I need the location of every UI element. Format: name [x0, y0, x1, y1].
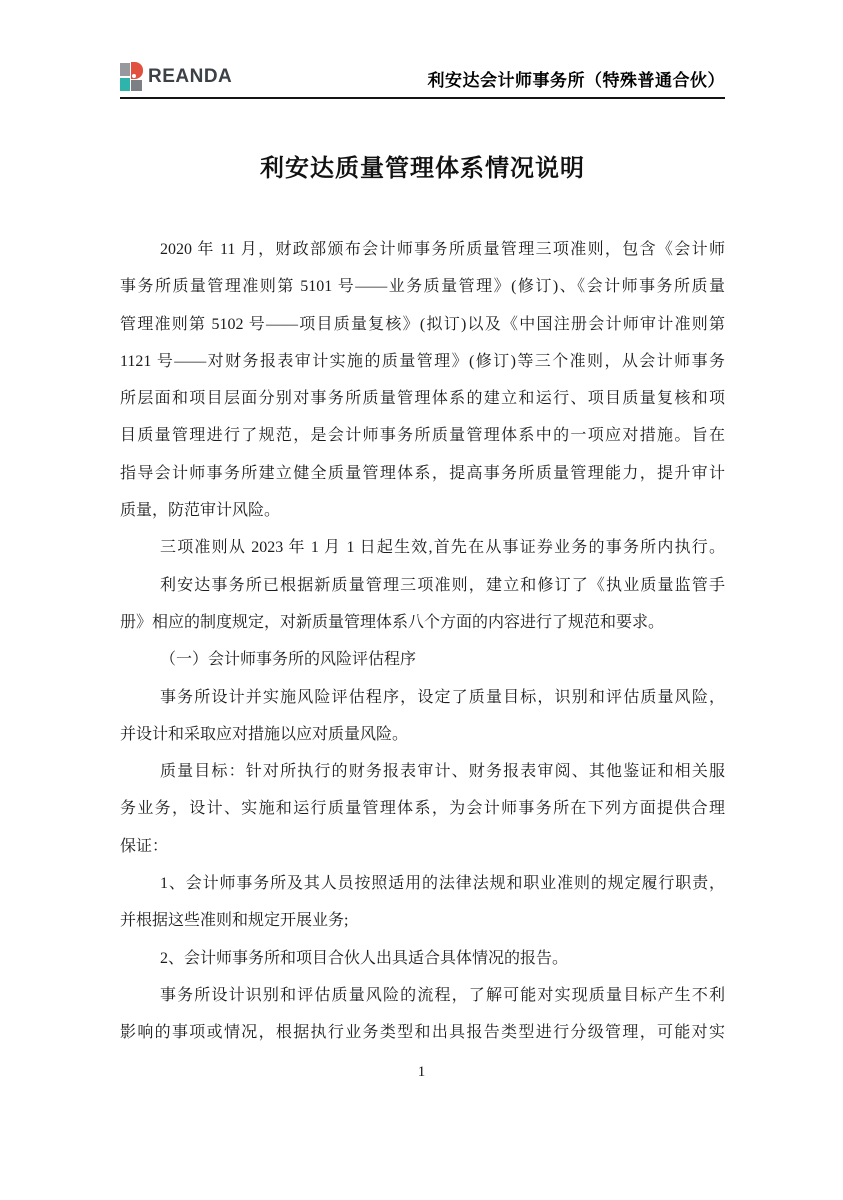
firm-name: 利安达会计师事务所（特殊普通合伙） [428, 66, 726, 91]
reanda-logo: REANDA [120, 62, 232, 91]
body-text-line: 质量，防范审计风险。 [120, 492, 725, 529]
logo-block-gray [120, 63, 130, 76]
body-text-line: 1121 号——对财务报表审计实施的质量管理》(修订)等三个准则，从会计师事务 [120, 343, 725, 380]
body-text-line: 务业务，设计、实施和运行质量管理体系，为会计师事务所在下列方面提供合理 [120, 790, 725, 827]
logo-wordmark: REANDA [148, 66, 232, 88]
page-header: REANDA 利安达会计师事务所（特殊普通合伙） [120, 0, 725, 99]
logo-white-dot [132, 74, 136, 78]
body-text-line: 保证： [120, 828, 725, 865]
body-text-line: 事务所设计识别和评估质量风险的流程，了解可能对实现质量目标产生不利 [120, 977, 725, 1014]
logo-block-dark-gray [131, 80, 142, 91]
body-text-line: 目质量管理进行了规范，是会计师事务所质量管理体系中的一项应对措施。旨在 [120, 417, 725, 454]
body-text-line: 事务所设计并实施风险评估程序，设定了质量目标，识别和评估质量风险， [120, 679, 725, 716]
page-number: 1 [418, 1064, 426, 1080]
body-text-line: 并根据这些准则和规定开展业务; [120, 902, 725, 939]
body-text-line: 所层面和项目层面分别对事务所质量管理体系的建立和运行、项目质量复核和项 [120, 380, 725, 417]
body-text-line: 册》相应的制度规定，对新质量管理体系八个方面的内容进行了规范和要求。 [120, 604, 725, 641]
body-text-line: 利安达事务所已根据新质量管理三项准则，建立和修订了《执业质量监管手 [120, 567, 725, 604]
body-text-line: 影响的事项或情况，根据执行业务类型和出具报告类型进行分级管理，可能对实 [120, 1014, 725, 1051]
body-text-line: 管理准则第 5102 号——项目质量复核》(拟订)以及《中国注册会计师审计准则第 [120, 306, 725, 343]
body-text-line: 三项准则从 2023 年 1 月 1 日起生效,首先在从事证券业务的事务所内执行… [120, 529, 725, 566]
body-text-line: 指导会计师事务所建立健全质量管理体系，提高事务所质量管理能力，提升审计 [120, 455, 725, 492]
body-text-line: 质量目标：针对所执行的财务报表审计、财务报表审阅、其他鉴证和相关服 [120, 753, 725, 790]
page-footer: 1 [0, 1064, 843, 1081]
body-text-line: 1、会计师事务所及其人员按照适用的法律法规和职业准则的规定履行职责， [120, 865, 725, 902]
body-text-line: 2、会计师事务所和项目合伙人出具适合具体情况的报告。 [120, 940, 725, 977]
body-text-line: （一）会计师事务所的风险评估程序 [120, 641, 725, 678]
reanda-logo-icon [120, 62, 143, 91]
logo-block-teal [120, 78, 130, 91]
body-text-line: 2020 年 11 月，财政部颁布会计师事务所质量管理三项准则，包含《会计师 [120, 231, 725, 268]
document-page: REANDA 利安达会计师事务所（特殊普通合伙） 利安达质量管理体系情况说明 2… [0, 0, 843, 1200]
document-body: 2020 年 11 月，财政部颁布会计师事务所质量管理三项准则，包含《会计师事务… [120, 231, 725, 1052]
body-text-line: 并设计和采取应对措施以应对质量风险。 [120, 716, 725, 753]
document-title: 利安达质量管理体系情况说明 [120, 151, 725, 187]
body-text-line: 事务所质量管理准则第 5101 号——业务质量管理》(修订)、《会计师事务所质量 [120, 268, 725, 305]
